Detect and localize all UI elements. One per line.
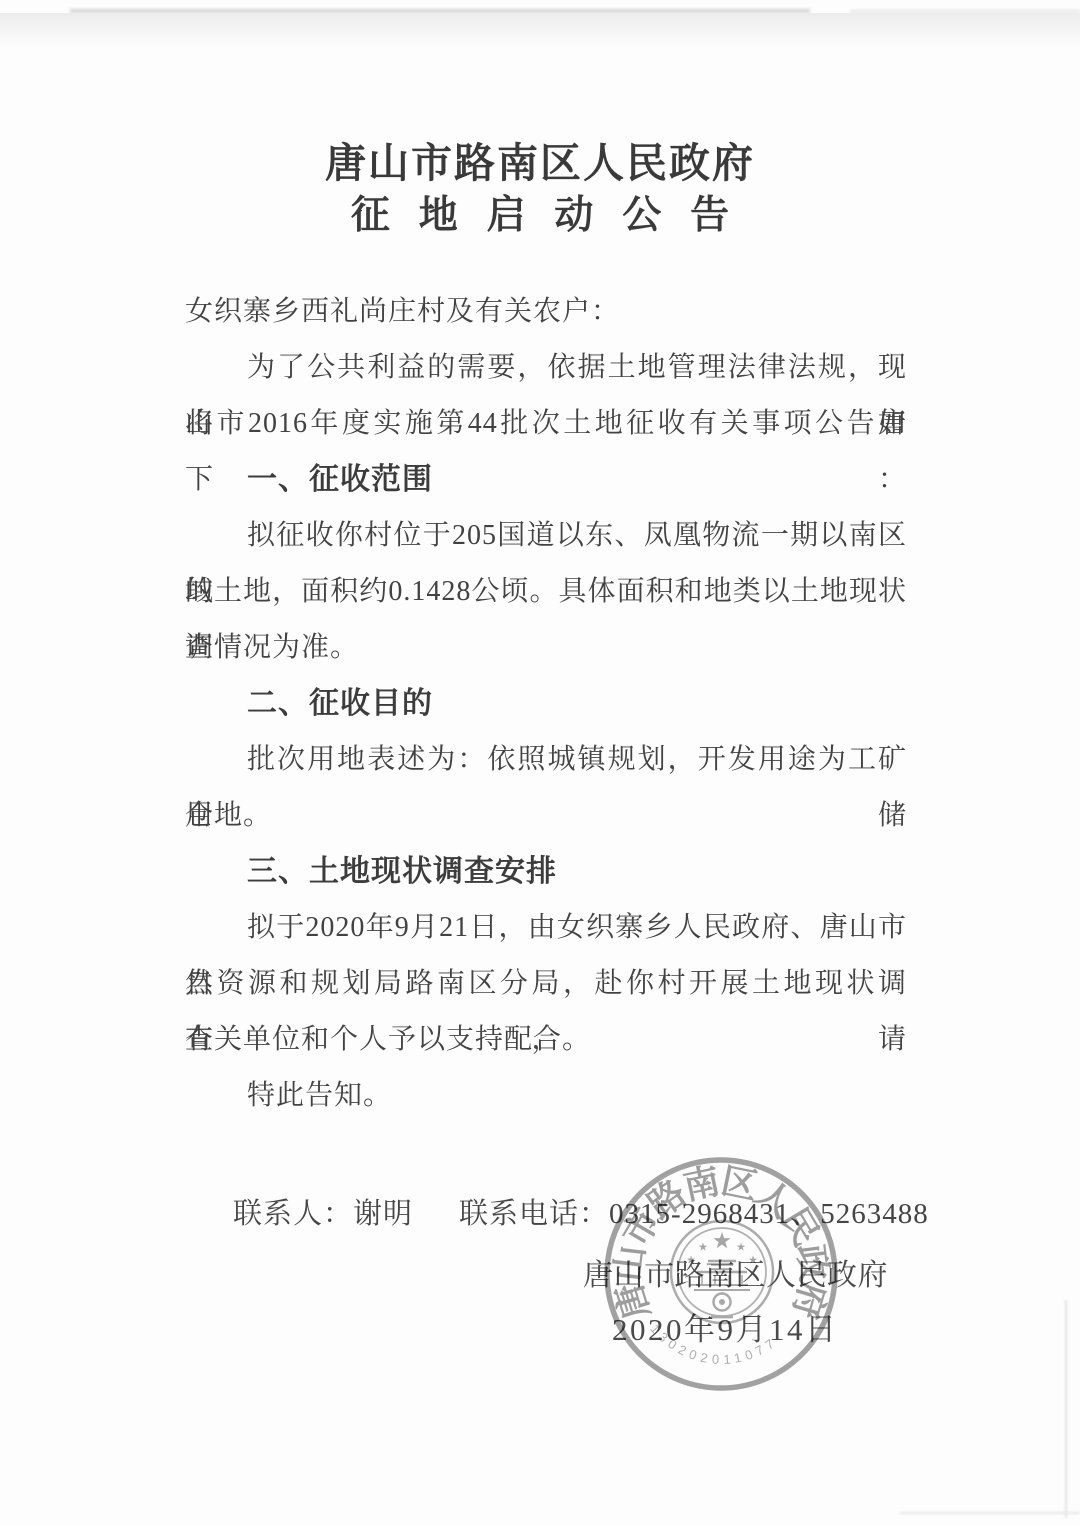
scan-artifact-top-fade — [0, 13, 1080, 47]
document-line: 批次用地表述为：依照城镇规划，开发用途为工矿仓储 — [185, 732, 907, 788]
document-line: 然资源和规划局路南区分局，赴你村开展土地现状调查，请 — [185, 956, 907, 1012]
seal-serial-number: 130202011077 — [647, 1321, 776, 1367]
emblem-gear — [711, 1294, 733, 1318]
document-line: 为了公共利益的需要，依据土地管理法律法规，现将唐 — [185, 340, 907, 396]
contact-phone-label: 联系电话： — [459, 1198, 609, 1230]
national-emblem-icon — [671, 1221, 773, 1323]
section-heading: 三、土地现状调查安排 — [185, 844, 907, 900]
document-line: 的土地，面积约0.1428公顷。具体面积和地类以土地现状调 — [185, 564, 907, 620]
document-line: 拟于2020年9月21日，由女织寨乡人民政府、唐山市自 — [185, 900, 907, 956]
scanned-document-page: 唐山市路南区人民政府 征 地 启 动 公 告 女织寨乡西礼尚庄村及有关农户：为了… — [0, 0, 1080, 1526]
contact-person-name: 谢明 — [353, 1198, 413, 1230]
document-line: 女织寨乡西礼尚庄村及有关农户： — [185, 284, 907, 340]
document-title-notice: 征 地 启 动 公 告 — [0, 184, 1080, 240]
scan-artifact-bottom-edge — [900, 1512, 1080, 1514]
contact-person-label: 联系人： — [233, 1198, 353, 1230]
document-body: 女织寨乡西礼尚庄村及有关农户：为了公共利益的需要，依据土地管理法律法规，现将唐山… — [185, 284, 907, 1242]
section-heading: 二、征收目的 — [185, 676, 907, 732]
emblem-gate — [694, 1261, 750, 1290]
document-line: 拟征收你村位于205国道以东、凤凰物流一期以南区域 — [185, 508, 907, 564]
document-line: 特此告知。 — [185, 1068, 907, 1124]
document-line: 山市2016年度实施第44批次土地征收有关事项公告如下： — [185, 396, 907, 452]
document-line: 查情况为准。 — [185, 620, 907, 676]
document-title-issuer: 唐山市路南区人民政府 — [0, 130, 1080, 189]
official-seal: 唐山市路南区人民政府 130202011077 — [595, 1148, 847, 1400]
emblem-stars — [687, 1232, 758, 1264]
scan-artifact-right-edge — [1065, 1300, 1067, 1518]
